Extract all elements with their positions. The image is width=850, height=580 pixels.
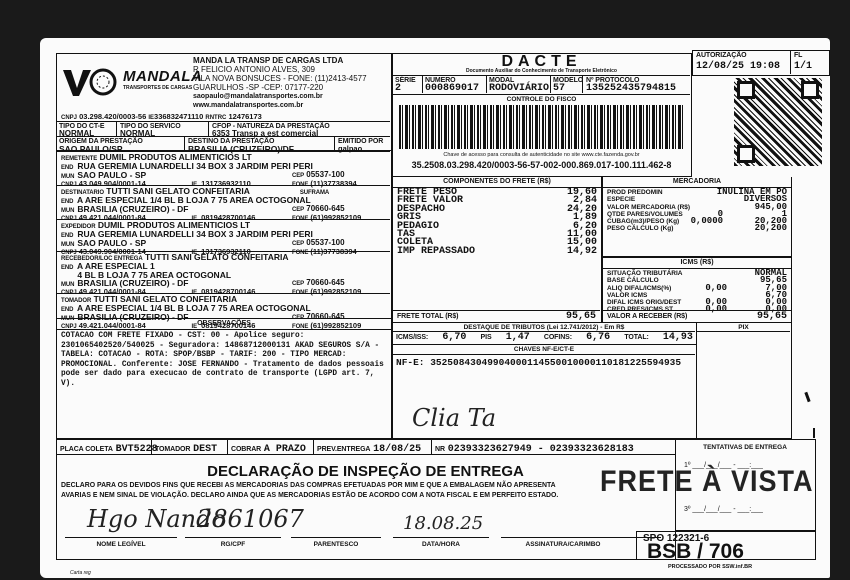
tipo-row: TIPO DO CT-E NORMAL TIPO DO SERVICO NORM…	[57, 121, 390, 136]
parties-block: REMETENTE DUMIL PRODUTOS ALIMENTICIOS LT…	[56, 151, 392, 319]
party-cep: 05537-100	[306, 170, 344, 179]
chaves-title: CHAVES NF-E/CT-E	[393, 345, 695, 355]
autorizacao-block: AUTORIZAÇÃO 12/08/25 19:08 FL 1/1	[692, 50, 830, 76]
icms-mid-col: 0,00 0,00 0,00	[693, 270, 727, 314]
party-cep: 70660-645	[306, 204, 344, 213]
trib-total-value: 14,93	[663, 332, 693, 343]
trib-pis-label: PIS	[481, 334, 492, 341]
declaracao-block: DECLARAÇÃO DE INSPEÇÃO DE ENTREGA DECLAR…	[56, 455, 676, 560]
assinatura-label: ASSINATURA/CARIMBO	[501, 541, 625, 548]
rg-line[interactable]	[185, 537, 281, 538]
componentes-block: COMPONENTES DO FRETE (R$) FRETE PESO19,6…	[392, 177, 602, 323]
cep-label: CEP	[292, 241, 304, 247]
tributos-row: ICMS/ISS: 6,70 PIS 1,47 COFINS: 6,76 TOT…	[396, 332, 693, 343]
prestacao-row: ORIGEM DA PRESTAÇÃO SAO PAULO/SP DESTINO…	[57, 136, 390, 150]
party-name: TUTTI SANI GELATO CONFEITARIA	[145, 252, 289, 262]
logo-text: MANDALA	[123, 68, 202, 85]
aliq-label: ALIQ DIFAL/ICMS(%)	[607, 285, 682, 292]
trib-icms-value: 6,70	[442, 332, 466, 343]
emitente-district: VILA NOVA BONSUCES - FONE: (11)2413-4577	[193, 74, 367, 83]
difal-label: DIFAL ICMS ORIG/DEST	[607, 299, 682, 306]
frete-total-row: FRETE TOTAL (R$) 95,65	[393, 310, 600, 321]
observacoes-text: COTACAO COM FRETE FIXADO - CST: 00 - Apo…	[61, 332, 387, 389]
autorizacao-value: 12/08/25 19:08	[696, 62, 787, 72]
base-label: BASE CÁLCULO	[607, 277, 682, 284]
tomador-cell: TOMADOR DEST	[152, 440, 228, 454]
rg-signature: 2861067	[197, 505, 304, 533]
dacte-document: MANDALA TRANSPORTES DE CARGAS MANDA LA T…	[40, 38, 830, 578]
mercadoria-right-col: INULINA EM PO DIVERSOS 945,00 1 20,200 2…	[717, 189, 787, 233]
cobrar-cell: COBRAR A PRAZO	[228, 440, 314, 454]
nfe-key: NF-E: 3525084304990400011455001000011018…	[396, 357, 681, 368]
emitente-address: R FELICIO ANTONIO ALVES, 309	[193, 65, 367, 74]
nome-line[interactable]	[65, 537, 177, 538]
controle-fisco-label: CONTROLE DO FISCO	[393, 96, 690, 103]
tomador-value: DEST	[193, 444, 217, 455]
chave-hint: Chave de acesso para consulta de autenti…	[393, 152, 690, 158]
pix-block: PIX	[697, 323, 792, 439]
numero-value: 000869017	[425, 84, 484, 94]
trib-icms-label: ICMS/ISS:	[396, 334, 428, 341]
tributos-title: DESTAQUE DE TRIBUTOS (Lei 12.741/2012) -…	[393, 323, 695, 332]
data-label: DATA/HORA	[393, 541, 489, 548]
valor-icms-label: VALOR ICMS	[607, 292, 682, 299]
qr-code-icon[interactable]	[734, 78, 822, 166]
party-cep: 70660-645	[306, 278, 344, 287]
emitente-ids: CNPJ 03.298.420/0003-56 IE336832471110 R…	[61, 112, 262, 121]
fl-label: FL	[794, 52, 826, 59]
componente-row: IMP REPASSADO14,92	[397, 248, 597, 256]
emitente-rntrc: 12476173	[228, 112, 261, 121]
cep-label: CEP	[292, 207, 304, 213]
footer-bar: PLACA COLETA BVT5228 TOMADOR DEST COBRAR…	[56, 439, 676, 455]
trib-cofins-value: 6,76	[586, 332, 610, 343]
frete-a-vista-stamp: FRETE À VISTA	[600, 464, 814, 498]
parentesco-line[interactable]	[291, 537, 381, 538]
observacoes-title: OBSERVAÇÕES	[57, 319, 391, 330]
emitente-city: GUARULHOS -SP -CEP: 07177-220	[193, 83, 367, 92]
nr-cell: NR 02393323627949 - 02393323628183	[432, 440, 675, 454]
data-signature: 18.08.25	[403, 513, 483, 534]
valor-receber-label: VALOR A RECEBER (R$)	[607, 313, 687, 320]
trib-total-label: TOTAL:	[624, 334, 648, 341]
modelo-value: 57	[553, 84, 580, 94]
pix-title: PIX	[697, 323, 790, 332]
componente-value: 14,92	[567, 248, 597, 256]
placa-cell: PLACA COLETA BVT5228	[57, 440, 152, 454]
mercadoria-block: MERCADORIA PROD PREDOMIN ESPECIE VALOR M…	[602, 177, 792, 257]
party-remetente: REMETENTE DUMIL PRODUTOS ALIMENTICIOS LT…	[57, 151, 390, 185]
nome-label: NOME LEGÍVEL	[65, 541, 177, 548]
tentativa-3[interactable]: 3º ___/___/___ - ___:___	[684, 506, 763, 513]
tentativas-title: TENTATIVAS DE ENTREGA	[676, 444, 814, 451]
emitente-block: MANDALA TRANSPORTES DE CARGAS MANDA LA T…	[56, 53, 392, 151]
chave-acesso: 35.2508.03.298.420/0003-56-57-002-000.86…	[393, 160, 690, 170]
dacte-fields-row: SÉRIE2 NUMERO000869017 MODALRODOVIÁRIO M…	[393, 75, 690, 95]
frete-total-label: FRETE TOTAL (R$)	[397, 313, 458, 320]
scan-mark	[813, 428, 815, 438]
autorizacao-label: AUTORIZAÇÃO	[696, 52, 787, 59]
componente-row: DESPACHO24,20	[397, 206, 597, 214]
valor-receber-row: VALOR A RECEBER (R$) 95,65	[602, 310, 792, 323]
parentesco-label: PARENTESCO	[291, 541, 381, 548]
cep-label: CEP	[292, 173, 304, 179]
logo-subtitle: TRANSPORTES DE CARGAS	[123, 85, 192, 91]
nr-value: 02393323627949 - 02393323628183	[448, 444, 634, 455]
observacoes-block: OBSERVAÇÕES COTACAO COM FRETE FIXADO - C…	[56, 319, 392, 439]
frete-total-value: 95,65	[566, 311, 596, 322]
emitente-info: MANDA LA TRANSP DE CARGAS LTDA R FELICIO…	[193, 56, 367, 110]
route-dest: BSB / 706	[647, 540, 744, 564]
peso-calc-value: 20,200	[717, 225, 787, 232]
componente-name: IMP REPASSADO	[397, 248, 475, 256]
componentes-list: FRETE PESO19,60FRETE VALOR2,84DESPACHO24…	[397, 189, 597, 256]
serie-value: 2	[395, 84, 420, 94]
emitente-website: www.mandalatransportes.com.br	[193, 101, 367, 110]
party-destinatario: DESTINATARIO TUTTI SANI GELATO CONFEITAR…	[57, 185, 390, 219]
icms-labels: SITUAÇÃO TRIBUTÁRIA BASE CÁLCULO ALIQ DI…	[607, 270, 682, 314]
trib-pis-value: 1,47	[506, 332, 530, 343]
tributos-block: DESTAQUE DE TRIBUTOS (Lei 12.741/2012) -…	[392, 323, 697, 345]
prev-entrega-value: 18/08/25	[373, 444, 421, 455]
valor-mercadoria-value: 945,00	[717, 204, 787, 211]
trib-cofins-label: COFINS:	[544, 334, 572, 341]
valor-receber-value: 95,65	[757, 311, 787, 322]
party-expedidor: EXPEDIDOR DUMIL PRODUTOS ALIMENTICIOS LT…	[57, 219, 390, 251]
declaracao-title: DECLARAÇÃO DE INSPEÇÃO DE ENTREGA	[57, 463, 674, 480]
data-line[interactable]	[393, 537, 489, 538]
party-recebedor-loc-entrega: RECEBEDOR/LOC ENTREGA TUTTI SANI GELATO …	[57, 251, 390, 293]
dacte-subtitle: Documento Auxiliar do Conhecimento de Tr…	[393, 68, 690, 74]
modal-value: RODOVIÁRIO	[489, 84, 548, 94]
barcode-icon	[399, 105, 684, 149]
prev-entrega-cell: PREV.ENTREGA 18/08/25	[314, 440, 432, 454]
route-block: SPO 122321-6 BSB / 706	[636, 531, 816, 560]
fl-value: 1/1	[794, 62, 826, 72]
party-cep: 05537-100	[306, 238, 344, 247]
cobrar-label: COBRAR	[231, 446, 261, 453]
nr-label: NR	[435, 446, 445, 453]
rg-label: RG/CPF	[185, 541, 281, 548]
placa-label: PLACA COLETA	[60, 446, 113, 453]
icms-right-col: NORMAL 95,65 7,00 6,70 0,00 0,00	[755, 270, 787, 314]
prev-entrega-label: PREV.ENTREGA	[317, 446, 370, 453]
recipient-signature: Clia Ta	[412, 404, 496, 432]
tomador-label: TOMADOR	[155, 446, 190, 453]
processado-label: PROCESSADO POR SSW.inf.BR	[668, 564, 752, 570]
cobrar-value: A PRAZO	[264, 444, 306, 455]
protocolo-value: 135252435794815	[586, 84, 686, 94]
dacte-header-block: DACTE Documento Auxiliar do Conhecimento…	[392, 53, 692, 177]
cep-label: CEP	[292, 281, 304, 287]
emitente-name: MANDA LA TRANSP DE CARGAS LTDA	[193, 56, 367, 65]
declaracao-line2: AVARIAS E NEM SINAL DE VIOLAÇÃO. DECLARO…	[61, 492, 558, 499]
mandala-logo-icon	[63, 66, 119, 98]
emitente-cnpj: 03.298.420/0003-56	[79, 112, 146, 121]
emitente-ie: 336832471110	[154, 112, 203, 121]
declaracao-line1: DECLARO PARA OS DEVIDOS FINS QUE RECEBI …	[61, 482, 556, 489]
emitente-email: saopaulo@mandalatransportes.com.br	[193, 92, 367, 101]
corner-note: Carta reg	[70, 570, 91, 576]
